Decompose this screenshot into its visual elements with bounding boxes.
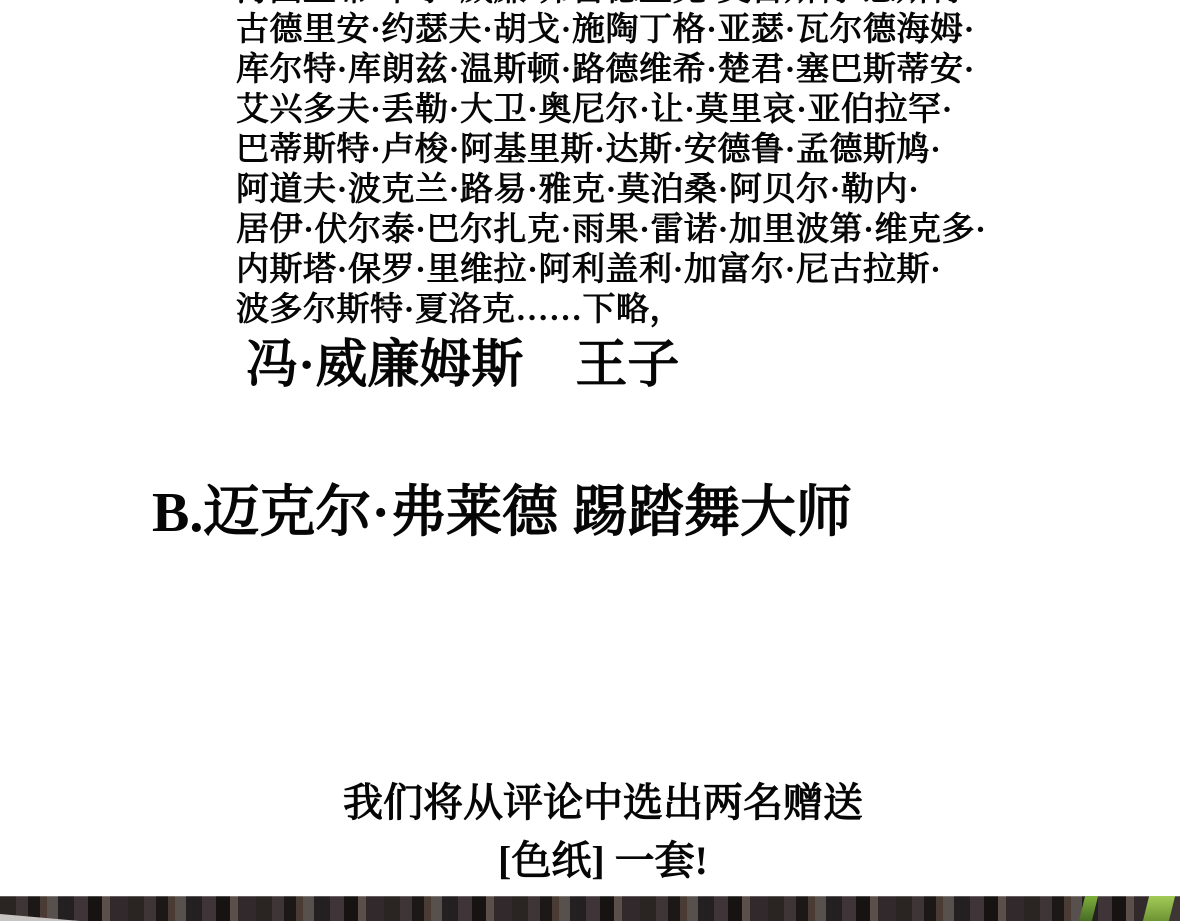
credits-page: 海因里希·卡尔·威廉·弗雷德里克·奥古斯特·恩斯特· 古德里安·约瑟夫·胡戈·施… [0, 0, 1180, 921]
name-list-line: 艾兴多夫·丢勒·大卫·奥尼尔·让·莫里哀·亚伯拉罕· [236, 90, 1180, 130]
name-list-line: 阿道夫·波克兰·路易·雅克·莫泊桑·阿贝尔·勒内· [236, 170, 1180, 210]
name-list-line: 内斯塔·保罗·里维拉·阿利盖利·加富尔·尼古拉斯· [236, 250, 1180, 290]
name-list-line: 库尔特·库朗兹·温斯顿·路德维希·楚君·塞巴斯蒂安· [236, 50, 1180, 90]
promo-line-2: [色纸] 一套! [0, 832, 1180, 890]
footer-photo-strip [0, 896, 1180, 921]
light-corner-wedge [0, 914, 80, 921]
credit-prince: 冯·威廉姆斯 王子 [246, 334, 679, 398]
name-list-line: 居伊·伏尔泰·巴尔扎克·雨果·雷诺·加里波第·维克多· [236, 210, 1180, 250]
name-list-line-clipped: 海因里希·卡尔·威廉·弗雷德里克·奥古斯特·恩斯特· [236, 0, 1180, 10]
green-leaf-accent [1079, 896, 1098, 921]
name-list-line: 古德里安·约瑟夫·胡戈·施陶丁格·亚瑟·瓦尔德海姆· [236, 10, 1180, 50]
name-list-line: 波多尔斯特·夏洛克……下略， [236, 290, 1180, 330]
giveaway-promo: 我们将从评论中选出两名赠送 [色纸] 一套! [0, 774, 1180, 890]
promo-line-1: 我们将从评论中选出两名赠送 [0, 774, 1180, 832]
name-list: 海因里希·卡尔·威廉·弗雷德里克·奥古斯特·恩斯特· 古德里安·约瑟夫·胡戈·施… [236, 0, 1180, 330]
green-leaf-accent [1143, 896, 1175, 921]
credit-tapdance-master: B.迈克尔·弗莱德 踢踏舞大师 [152, 478, 852, 548]
name-list-line: 巴蒂斯特·卢梭·阿基里斯·达斯·安德鲁·孟德斯鸠· [236, 130, 1180, 170]
